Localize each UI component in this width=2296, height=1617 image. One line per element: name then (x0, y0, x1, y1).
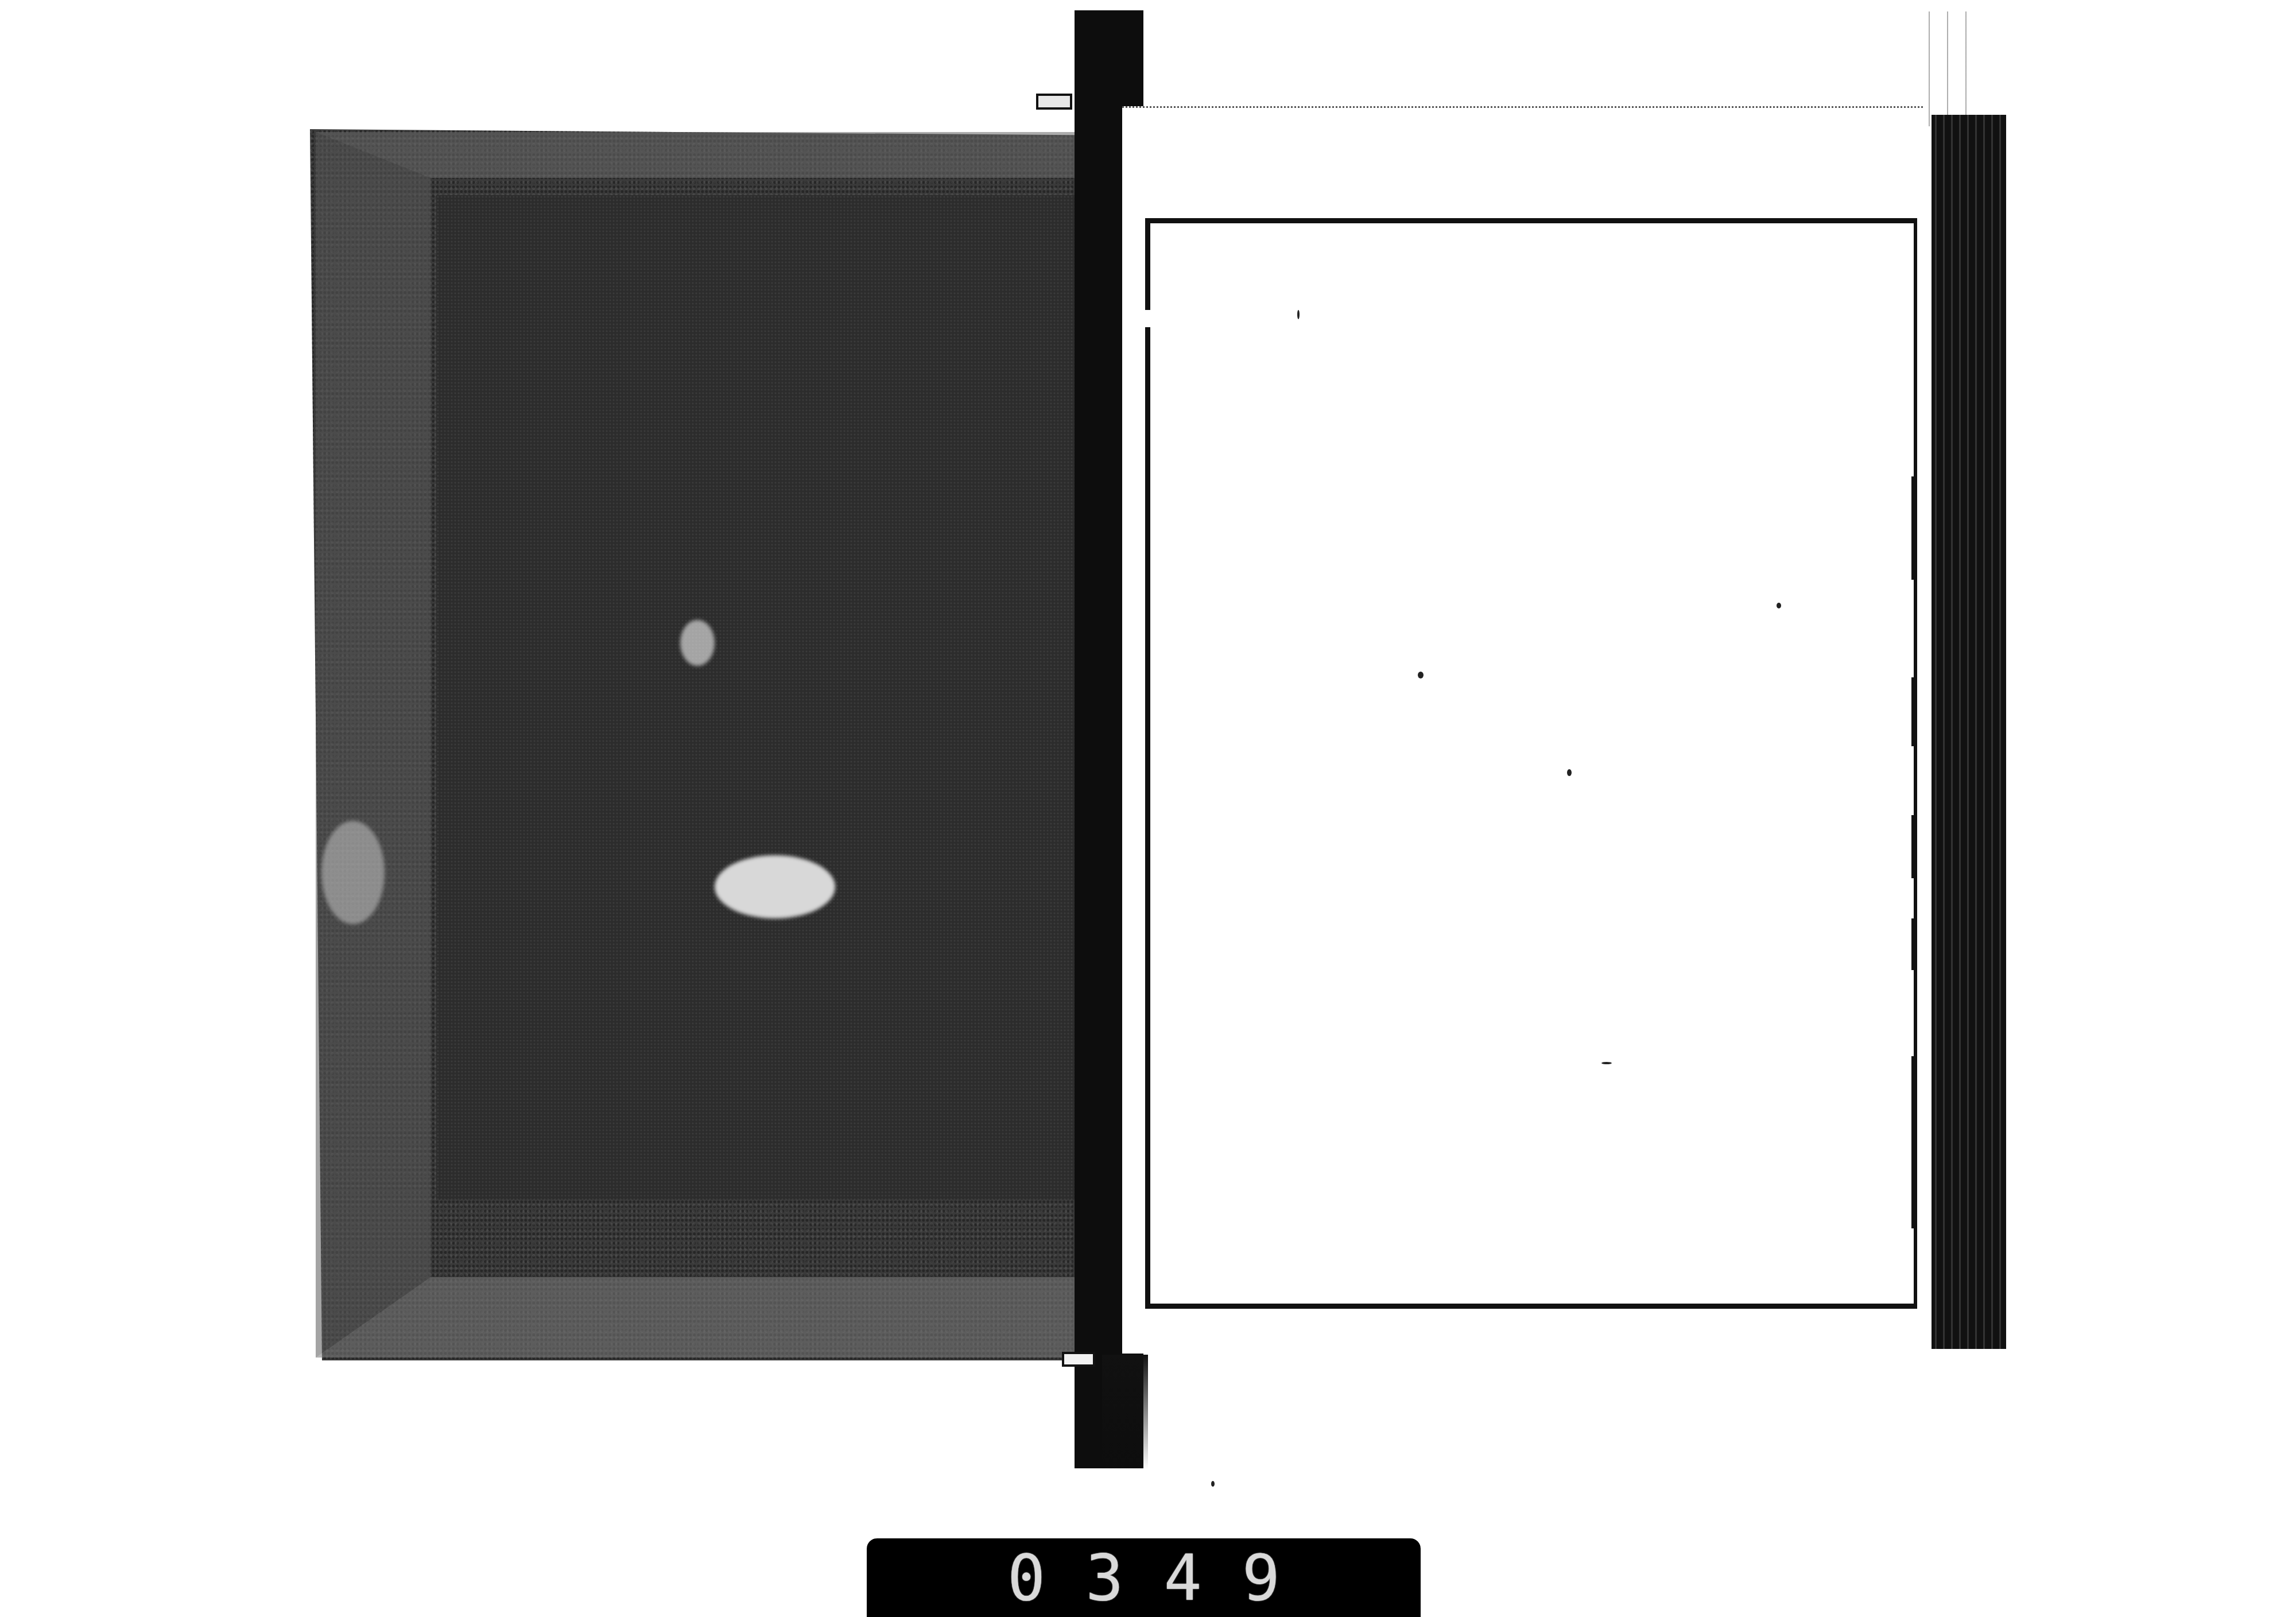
frame-counter-digit: 0 (1007, 1546, 1045, 1610)
top-tab (1036, 94, 1072, 110)
cover-stain (321, 821, 385, 924)
frame-counter-digit: 4 (1164, 1546, 1202, 1610)
edge-mark (1911, 918, 1915, 970)
frame-counter-digit: 3 (1085, 1546, 1123, 1610)
page-edge-lines (1911, 11, 1980, 126)
page-printed-frame (1145, 218, 1917, 1309)
edge-mark (1911, 815, 1915, 878)
edge-mark (1911, 476, 1915, 580)
scanned-book-spread: 0 3 4 9 (0, 0, 2296, 1617)
cover-stain (715, 855, 835, 918)
frame-counter: 0 3 4 9 (867, 1538, 1421, 1617)
edge-mark (1911, 677, 1915, 746)
cover-pastedown-panel (436, 195, 1108, 1200)
page-fore-edge (1932, 115, 2006, 1349)
frame-counter-digit: 9 (1242, 1546, 1280, 1610)
spine-shadow (1102, 1355, 1148, 1469)
cover-stain (680, 620, 715, 666)
bottom-tab (1062, 1352, 1095, 1367)
frame-gap (1145, 310, 1152, 327)
edge-mark (1911, 1056, 1915, 1228)
